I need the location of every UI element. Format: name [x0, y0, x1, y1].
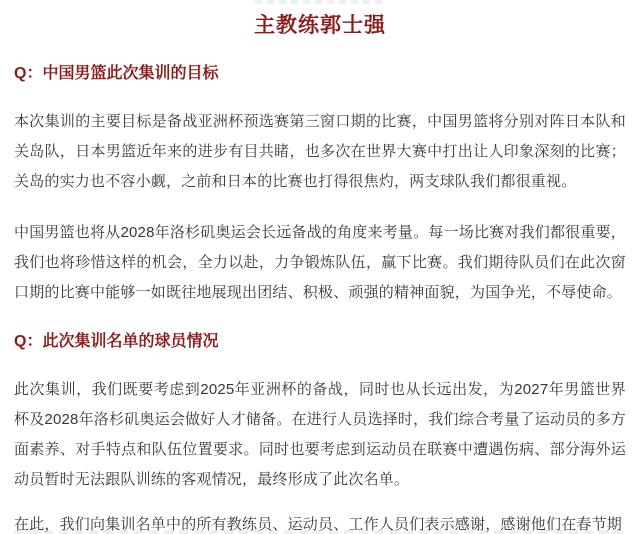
paragraph: 此次集训，我们既要考虑到2025年亚洲杯的备战，同时也从长远出发，为2027年男… — [14, 375, 626, 495]
paragraph: 本次集训的主要目标是备战亚洲杯预选赛第三窗口期的比赛，中国男篮将分别对阵日本队和… — [14, 107, 626, 197]
paragraph: 中国男篮也将从2028年洛杉矶奥运会长远备战的角度来考量。每一场比赛对我们都很重… — [14, 218, 626, 308]
article-page: 主教练郭士强 Q：中国男篮此次集训的目标 本次集训的主要目标是备战亚洲杯预选赛第… — [0, 0, 640, 534]
question-heading-roster-players: Q：此次集训名单的球员情况 — [14, 332, 626, 352]
cut-off-text-above — [255, 0, 385, 4]
page-title: 主教练郭士强 — [14, 13, 626, 39]
cut-off-text-below — [14, 530, 626, 534]
question-heading-training-goal: Q：中国男篮此次集训的目标 — [14, 64, 626, 84]
